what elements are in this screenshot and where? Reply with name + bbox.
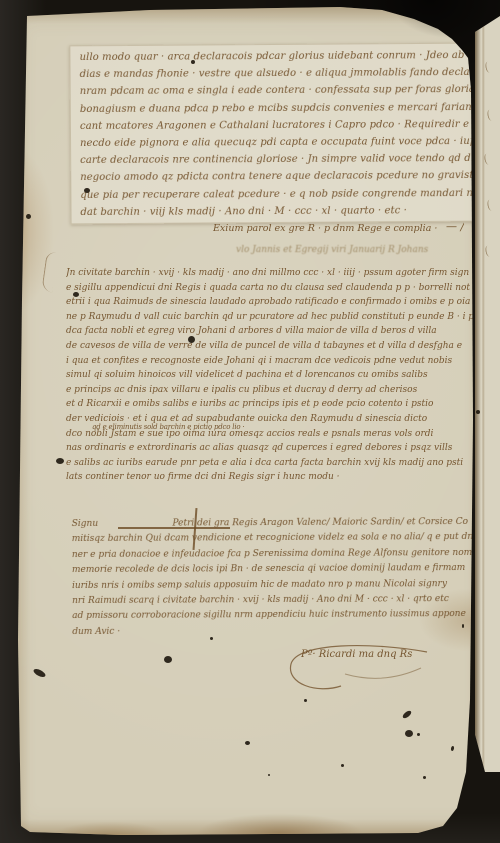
ink-spot — [476, 410, 480, 414]
manuscript-line: e salibs ac iuribs earude pnr peta e ali… — [66, 456, 474, 471]
facing-page-ink-mark — [485, 245, 493, 257]
paragraph-3: Signu Petri dei gra Regis Aragon Valenc/… — [72, 515, 473, 640]
paragraph-2: Jn civitate barchin · xvij · kls madij ·… — [66, 266, 474, 485]
manuscript-line: carte declaracois nre continencia glorio… — [80, 150, 472, 169]
ink-spot — [462, 624, 464, 628]
photo-frame: ullo modo quar · arca declaracois pdcar … — [0, 0, 500, 843]
facing-page-ink-mark — [487, 199, 495, 211]
manuscript-line: dias e mandas fhonie · vestre que alsued… — [80, 64, 472, 83]
ink-spot — [188, 336, 195, 343]
manuscript-line: ad pmissoru corroboracione sigillu nrm a… — [72, 607, 472, 625]
facing-page-ink-mark — [487, 109, 495, 121]
interlinear-insertion: qd e eliminutis sold barchin e pictio pd… — [92, 423, 300, 431]
registration-note: Exium parol ex gre R · p dnm Rege e comp… — [213, 223, 437, 234]
facing-page — [475, 16, 500, 772]
ink-spot — [405, 730, 413, 737]
ink-spot — [73, 292, 79, 297]
manuscript-line: dum Avic · — [72, 623, 472, 641]
manuscript-line: e princips ac dnis ipax villaru e ipalis… — [66, 383, 474, 398]
manuscript-line: i qua et confites e recognoste eide Joha… — [66, 354, 474, 369]
manuscript-line: dca facta nobli et egreg viro Johani d a… — [66, 324, 474, 339]
ink-spot — [84, 188, 90, 193]
ink-spot — [56, 458, 64, 464]
signature-flourish — [281, 640, 431, 700]
manuscript-line: cant mcatores Aragonen e Cathalani lucra… — [80, 116, 472, 135]
manuscript-line: dat barchin · viij kls madij · Ano dni ·… — [80, 202, 472, 221]
manuscript-line: mitisqz barchin Qui dcam vendicione et r… — [72, 530, 472, 548]
manuscript-line: bonagiusm e duana pdca p rebo e mcibs su… — [80, 99, 472, 118]
ink-spot — [341, 764, 344, 767]
margin-mark: — / — [446, 220, 464, 233]
manuscript-line: ne p Raymudu d vall cuic barchin qd ur p… — [66, 310, 474, 325]
ink-spot — [268, 774, 270, 776]
manuscript-line: nas ordinaris e extrordinaris ac alias q… — [66, 441, 474, 456]
manuscript-page: ullo modo quar · arca declaracois pdcar … — [0, 0, 500, 843]
manuscript-line: memorie recolede de dcis locis ipi Bn · … — [72, 561, 472, 579]
paragraph-1: ullo modo quar · arca declaracois pdcar … — [80, 47, 473, 221]
manuscript-line: Jn civitate barchin · xvij · kls madij ·… — [66, 266, 474, 281]
manuscript-line: de cavesos de villa de verre de villa de… — [66, 339, 474, 354]
ink-spot — [164, 656, 172, 663]
ink-spot — [423, 776, 426, 779]
facing-page-ink-mark — [484, 153, 492, 165]
manuscript-line: lats continer tenor uo firme dci dni Reg… — [66, 470, 474, 485]
manuscript-line: necdo eide pignora e alia quecuqz pdi ca… — [80, 133, 472, 152]
manuscript-line: e sigillu appendicui dni Regis i quada c… — [66, 281, 474, 296]
manuscript-line: simul qi soluim hinoicos vill videlicet … — [66, 368, 474, 383]
facing-page-ink-mark — [485, 61, 493, 73]
manuscript-line: negocio amodo qz pdicta contra tenere aq… — [80, 167, 472, 186]
ink-spot — [210, 637, 213, 640]
manuscript-line: etrii i qua Raimuds de sinescia laudado … — [66, 295, 474, 310]
ink-spot — [245, 741, 250, 745]
ink-spot — [417, 733, 420, 736]
ink-spot — [191, 60, 195, 64]
ink-spot — [26, 214, 31, 219]
ink-spot — [304, 699, 307, 702]
manuscript-line: ullo modo quar · arca declaracois pdcar … — [80, 47, 472, 66]
manuscript-line: que pia per recuperare caleat pcedure · … — [80, 185, 472, 204]
manuscript-line: et d Ricarxii e omibs salibs e iuribs ac… — [66, 397, 474, 412]
manuscript-line: nram pdcam ac oma e singla i eade conter… — [80, 81, 472, 100]
chancery-note: vlo Jannis et Egregij viri Januarij R Jo… — [236, 245, 428, 255]
